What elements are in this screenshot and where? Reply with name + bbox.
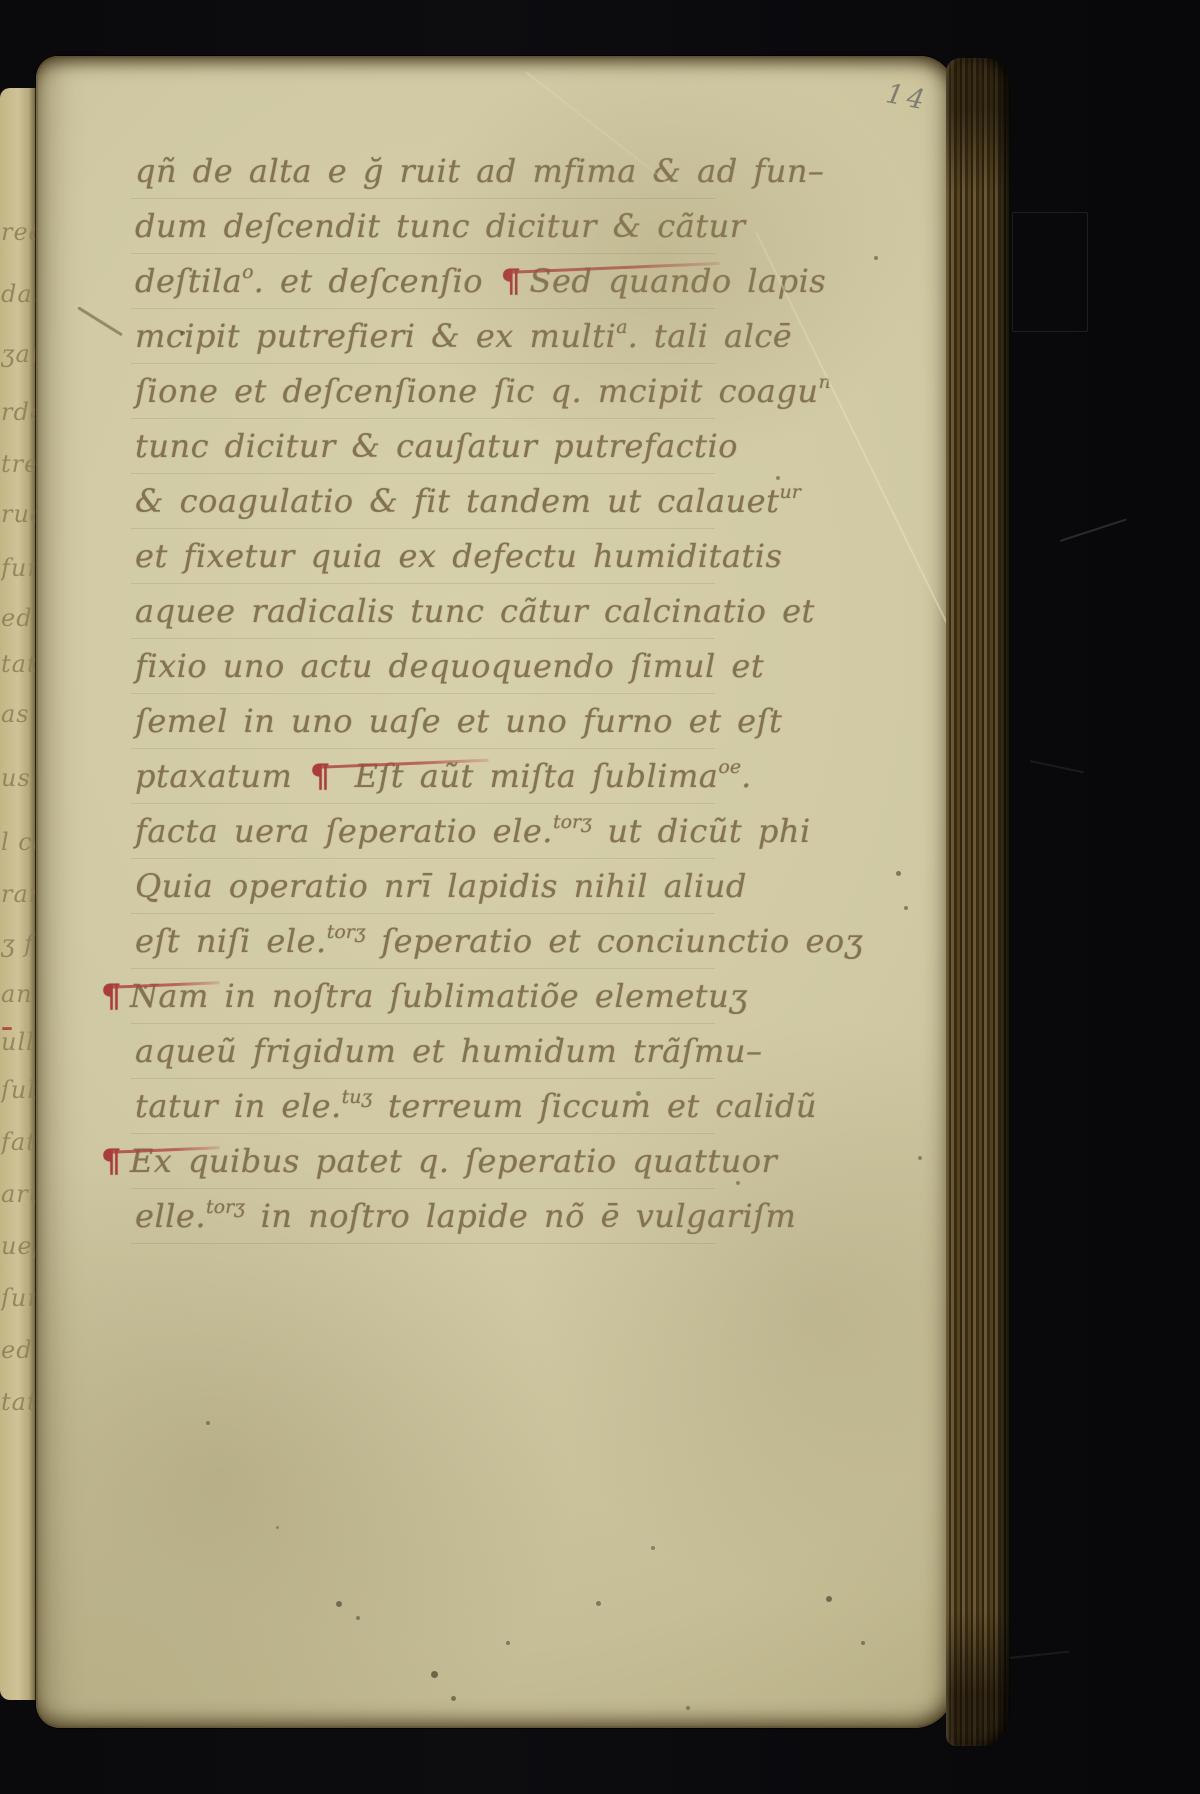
manuscript-line: ¶Ex quibus patet q. ſeperatio quattuor	[135, 1142, 775, 1197]
parchment-speck	[206, 1421, 210, 1425]
manuscript-page: 14 qñ de alta e ğ ruit ad mfima & ad fun…	[36, 56, 954, 1728]
folio-number: 14	[883, 78, 930, 117]
facing-page-text-fragment: rdela	[1, 398, 39, 426]
manuscript-line: facta uera ſeperatio ele.torʒ ut dicũt p…	[135, 812, 775, 867]
manuscript-text: ſemel in uno uaſe et uno furno et eſt	[135, 702, 782, 740]
facing-page-text-fragment: tate	[1, 1388, 39, 1416]
parchment-speck	[918, 1156, 922, 1160]
facing-page-text-fragment: ʒamp	[1, 340, 39, 368]
parchment-speck	[896, 871, 901, 876]
parchment-speck	[276, 1526, 279, 1529]
manuscript-line: qñ de alta e ğ ruit ad mfima & ad fun–	[135, 152, 775, 207]
manuscript-text: ſione et deſcenſione ſic q. mcipit coagu	[135, 372, 818, 410]
manuscript-text: mcipit putrefieri & ex multi	[135, 317, 616, 355]
manuscript-text: . et deſcenſio	[254, 262, 499, 300]
margin-pen-stroke	[77, 306, 123, 336]
facing-page-text-fragment: us m	[1, 764, 39, 792]
parchment-speck	[431, 1671, 438, 1678]
rubric-pilcrow: ¶	[101, 1142, 122, 1180]
manuscript-line: deſtilao. et deſcenſio ¶Sed quando lapis	[135, 262, 775, 317]
manuscript-line: tatur in ele.tuʒ terreum ſiccum et calid…	[135, 1087, 775, 1142]
parchment-speck	[506, 1641, 510, 1645]
manuscript-text: Ex quibus patet q. ſeperatio quattuor	[130, 1142, 777, 1180]
page-stack-fore-edge	[946, 58, 1010, 1746]
manuscript-line: tunc dicitur & cauſatur putrefactio	[135, 427, 775, 482]
manuscript-text: aquee radicalis tunc cãtur calcinatio et	[135, 592, 815, 630]
parchment-speck	[336, 1601, 342, 1607]
manuscript-text: qñ de alta e ğ ruit ad mfima & ad fun–	[135, 152, 824, 190]
manuscript-text: Quia operatio nrī lapidis nihil aliud	[135, 867, 747, 905]
manuscript-line: ¶Nam in noſtra ſublimatiõe elemetuʒ	[135, 977, 775, 1032]
photo-backdrop: reamdamʒamprdelatreferuacufumed mtateas …	[0, 0, 1200, 1794]
rubric-pilcrow: ¶	[501, 262, 522, 300]
facing-page-text-fragment: ſum	[1, 1284, 39, 1312]
backdrop-glimmer	[1012, 212, 1088, 332]
manuscript-line: dum deſcendit tunc dicitur & cãtur	[135, 207, 775, 262]
facing-page-text-fragment: as m	[1, 700, 39, 728]
manuscript-text: eſt niſi ele.	[135, 922, 327, 960]
facing-page-text-fragment: ream	[1, 218, 39, 246]
manuscript-text: tunc dicitur & cauſatur putrefactio	[135, 427, 738, 465]
facing-page-text-fragment: fatta	[1, 1128, 39, 1156]
manuscript-line: ſione et deſcenſione ſic q. mcipit coagu…	[135, 372, 775, 427]
manuscript-text: fixio uno actu dequoquendo ſimul et	[135, 647, 764, 685]
parchment-speck	[861, 1641, 865, 1645]
facing-page-text-fragment: aruo	[1, 1180, 39, 1208]
facing-page-text-fragment: ſubl	[1, 1076, 39, 1104]
facing-page-text-fragment: ed m	[1, 604, 39, 632]
facing-page-text-fragment: ram le	[1, 880, 39, 908]
manuscript-text: & coagulatio & fit tandem ut calauet	[135, 482, 779, 520]
facing-page-text-fragment: l capi	[1, 828, 39, 856]
manuscript-text: dum deſcendit tunc dicitur & cãtur	[135, 207, 746, 245]
facing-page-text-fragment: –	[1, 1012, 39, 1041]
rubric-pilcrow: ¶	[101, 977, 122, 1015]
facing-page-text-fragment: ed w	[1, 1336, 39, 1364]
text-block: qñ de alta e ğ ruit ad mfima & ad fun–du…	[135, 152, 775, 1252]
parchment-speck	[356, 1616, 360, 1620]
manuscript-text: Nam in noſtra ſublimatiõe elemetuʒ	[130, 977, 748, 1015]
manuscript-line: aqueũ frigidum et humidum trãſmu–	[135, 1032, 775, 1087]
manuscript-text: tatur in ele.	[135, 1087, 342, 1125]
manuscript-text: aqueũ frigidum et humidum trãſmu–	[135, 1032, 763, 1070]
manuscript-line: mcipit putrefieri & ex multia. tali alcē	[135, 317, 775, 372]
manuscript-line: ſemel in uno uaſe et uno furno et eſt	[135, 702, 775, 757]
parchment-speck	[776, 476, 780, 480]
manuscript-text: deſtila	[135, 262, 242, 300]
manuscript-line: aquee radicalis tunc cãtur calcinatio et	[135, 592, 775, 647]
manuscript-line: eſt niſi ele.torʒ ſeperatio et conciunct…	[135, 922, 775, 977]
manuscript-line: et fixetur quia ex defectu humiditatis	[135, 537, 775, 592]
facing-page-text-fragment: trefe	[1, 450, 39, 478]
facing-page-text-fragment: ʒ ful	[1, 930, 39, 958]
manuscript-text: ut dicũt phi	[592, 812, 811, 850]
manuscript-line: fixio uno actu dequoquendo ſimul et	[135, 647, 775, 702]
manuscript-text: et fixetur quia ex defectu humiditatis	[135, 537, 782, 575]
manuscript-text: .	[741, 757, 752, 795]
facing-page-text-fragment: an fu	[1, 980, 39, 1008]
manuscript-line: ptaxatum ¶ Eſt aũt miſta ſublimaoe.	[135, 757, 775, 812]
parchment-speck	[686, 1706, 690, 1710]
facing-page-edge: reamdamʒamprdelatreferuacufumed mtateas …	[0, 88, 40, 1700]
manuscript-line: elle.torʒ in noſtro lapide nõ ē vulgariſ…	[135, 1197, 775, 1252]
manuscript-text: in noſtro lapide nõ ē vulgariſm	[245, 1197, 796, 1235]
manuscript-text: elle.	[135, 1197, 206, 1235]
facing-page-text-fragment: dam	[1, 280, 39, 308]
manuscript-text: ptaxatum	[135, 757, 308, 795]
parchment-speck	[904, 906, 908, 910]
facing-page-text-fragment: tate	[1, 650, 39, 678]
facing-page-text-fragment: ueſt	[1, 1232, 39, 1260]
manuscript-line: & coagulatio & fit tandem ut calauetur	[135, 482, 775, 537]
backdrop-scratch	[1060, 518, 1127, 542]
manuscript-text: terreum ſiccum et calidũ	[372, 1087, 817, 1125]
parchment-speck	[596, 1601, 601, 1606]
manuscript-text: . tali alcē	[628, 317, 793, 355]
parchment-speck	[651, 1546, 655, 1550]
manuscript-text: facta uera ſeperatio ele.	[135, 812, 553, 850]
backdrop-scratch	[1030, 760, 1084, 773]
parchment-speck	[874, 256, 878, 260]
facing-page-text-fragment: ruacu	[1, 500, 39, 528]
rubric-pilcrow: ¶	[310, 757, 331, 795]
manuscript-line: Quia operatio nrī lapidis nihil aliud	[135, 867, 775, 922]
parchment-speck	[451, 1696, 456, 1701]
facing-page-text-fragment: fum	[1, 554, 39, 582]
parchment-speck	[826, 1596, 832, 1602]
manuscript-text: ſeperatio et conciunctio eoʒ	[366, 922, 864, 960]
